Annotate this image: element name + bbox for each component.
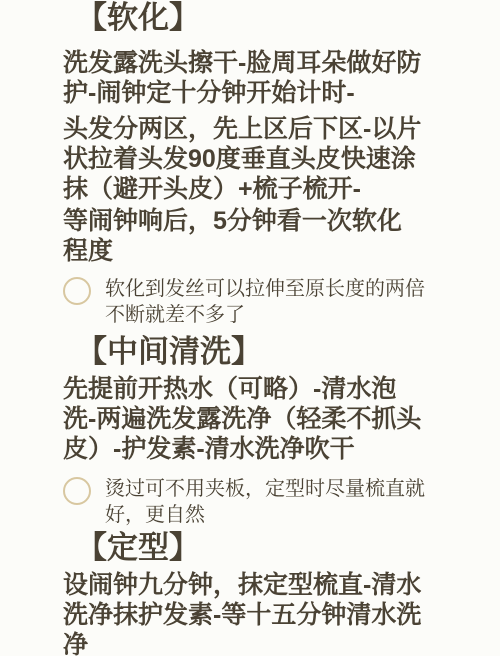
text-line: 洗-两遍洗发露洗净（轻柔不抓头 bbox=[63, 404, 470, 434]
paragraph: 设闹钟九分钟，抹定型梳直-清水 洗净抹护发素-等十五分钟清水洗 净 bbox=[63, 570, 470, 656]
text-line: 不断就差不多了 bbox=[105, 302, 425, 328]
paragraph: 洗发露洗头擦干-脸周耳朵做好防 护-闹钟定十分钟开始计时- bbox=[63, 48, 470, 108]
section-heading: 【中间清洗】 bbox=[63, 332, 470, 372]
text-line: 头发分两区，先上区后下区-以片 bbox=[63, 114, 470, 144]
text-line: 洗发露洗头擦干-脸周耳朵做好防 bbox=[63, 48, 470, 78]
section-mid-wash: 【中间清洗】 先提前开热水（可略）-清水泡 洗-两遍洗发露洗净（轻柔不抓头 皮）… bbox=[63, 332, 470, 528]
section-styling: 【定型】 设闹钟九分钟，抹定型梳直-清水 洗净抹护发素-等十五分钟清水洗 净 bbox=[63, 528, 470, 656]
text-line: 先提前开热水（可略）-清水泡 bbox=[63, 374, 470, 404]
text-line: 烫过可不用夹板，定型时尽量梳直就 bbox=[105, 476, 425, 502]
text-line: 皮）-护发素-清水洗净吹干 bbox=[63, 434, 470, 464]
text-line: 状拉着头发90度垂直头皮快速涂 bbox=[63, 144, 470, 174]
text-line: 等闹钟响后，5分钟看一次软化 bbox=[63, 206, 470, 236]
circle-outline-icon bbox=[63, 477, 91, 505]
text-line: 抹（避开头皮）+梳子梳开- bbox=[63, 174, 470, 204]
text-line: 好，更自然 bbox=[105, 502, 425, 528]
text-line: 程度 bbox=[63, 236, 470, 266]
note-text: 烫过可不用夹板，定型时尽量梳直就 好，更自然 bbox=[105, 476, 425, 528]
text-line: 设闹钟九分钟，抹定型梳直-清水 bbox=[63, 570, 470, 600]
section-softening: 【软化】 洗发露洗头擦干-脸周耳朵做好防 护-闹钟定十分钟开始计时- 头发分两区… bbox=[63, 0, 470, 328]
circle-outline-icon bbox=[63, 277, 91, 305]
text-line: 护-闹钟定十分钟开始计时- bbox=[63, 78, 470, 108]
section-heading: 【软化】 bbox=[63, 0, 470, 38]
text-line: 软化到发丝可以拉伸至原长度的两倍 bbox=[105, 276, 425, 302]
note-item: 软化到发丝可以拉伸至原长度的两倍 不断就差不多了 bbox=[63, 276, 470, 328]
text-line: 洗净抹护发素-等十五分钟清水洗 bbox=[63, 600, 470, 630]
note-text: 软化到发丝可以拉伸至原长度的两倍 不断就差不多了 bbox=[105, 276, 425, 328]
section-heading: 【定型】 bbox=[63, 528, 470, 568]
paragraph: 先提前开热水（可略）-清水泡 洗-两遍洗发露洗净（轻柔不抓头 皮）-护发素-清水… bbox=[63, 374, 470, 464]
text-line: 净 bbox=[63, 630, 470, 656]
paragraph: 头发分两区，先上区后下区-以片 状拉着头发90度垂直头皮快速涂 抹（避开头皮）+… bbox=[63, 114, 470, 204]
note-item: 烫过可不用夹板，定型时尽量梳直就 好，更自然 bbox=[63, 476, 470, 528]
paragraph: 等闹钟响后，5分钟看一次软化 程度 bbox=[63, 206, 470, 266]
note-page: 【软化】 洗发露洗头擦干-脸周耳朵做好防 护-闹钟定十分钟开始计时- 头发分两区… bbox=[0, 0, 500, 656]
